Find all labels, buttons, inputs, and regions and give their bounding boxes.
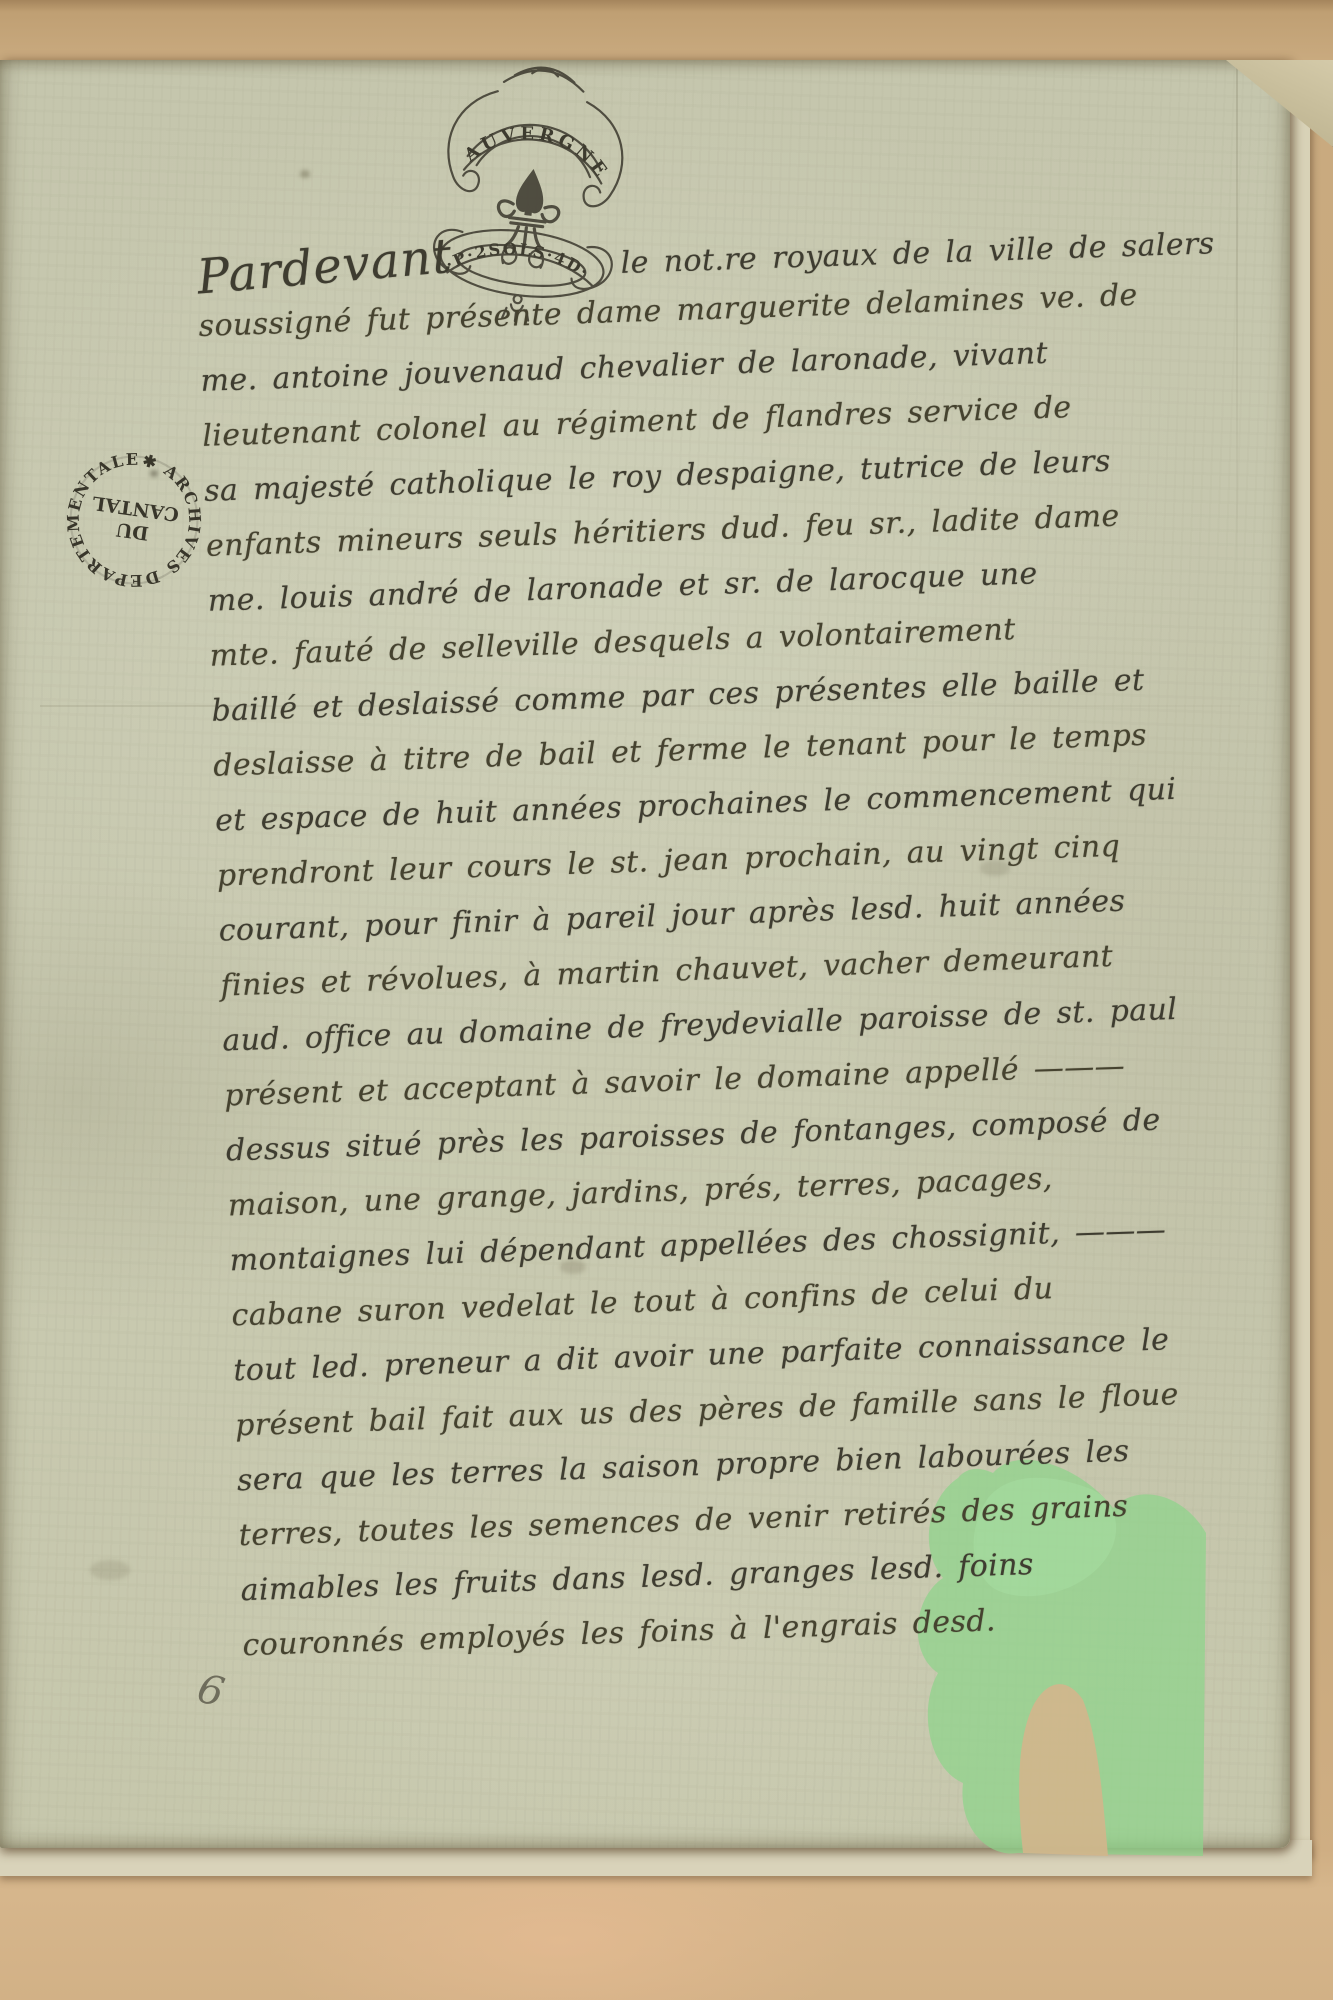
archive-stamp: ✱ ARCHIVES DEPARTEMENTALES DU CANTAL	[56, 442, 212, 598]
stamp-gap	[453, 273, 621, 279]
archive-stamp-center-line2: CANTAL	[91, 491, 180, 525]
foxing-spot	[90, 1560, 130, 1580]
svg-text:AUVERGNE: AUVERGNE	[458, 114, 618, 185]
manuscript-text: Pardevantle not.re royaux de la ville de…	[196, 208, 1323, 1673]
document-photo: AUVERGNE ·P·2SOLS·4D· ✱ ARCHIVES DEPARTE…	[0, 0, 1333, 2000]
fiscal-stamp-region-text: AUVERGNE	[458, 114, 618, 185]
archive-stamp-center-line1: DU	[115, 518, 150, 544]
archive-stamp-center: DU CANTAL	[88, 491, 180, 548]
foxing-spot	[300, 170, 310, 178]
